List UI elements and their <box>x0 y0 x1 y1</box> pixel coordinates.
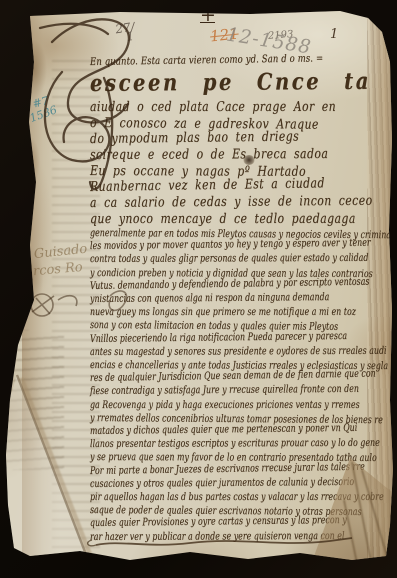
manuscript-line: nueva guey ms longas sin que primero se … <box>90 306 297 319</box>
manuscript-line: que ynoco mencaye d ce tedlo paedagaga <box>90 211 314 227</box>
manuscript-line: do ympodum plas bao ten driegs <box>90 128 314 147</box>
manuscript-line: quales quier Provisiones y oyre cartas y… <box>90 515 297 531</box>
manuscript-line: ynistancias con quenos alga ni respon da… <box>90 291 297 306</box>
pencil-fraction-note: 27/ 1 <box>115 23 137 44</box>
catalog-number: 2193 <box>268 29 294 42</box>
manuscript-line: aiudad o ced plata Cace prage Aor en <box>90 99 314 115</box>
manuscript-line: pir aquellos hagan las d bus partes cost… <box>90 491 297 504</box>
stacked-page-edges <box>367 10 397 568</box>
manuscript-line: a ca salario de cedas y isse de incon ce… <box>90 193 314 211</box>
manuscript-line: Ruanbernac vez ken de Est a ciudad <box>90 175 314 195</box>
cross-mark: + <box>200 4 216 23</box>
manuscript-line: esceen pe Cnce ta <box>90 67 328 99</box>
manuscript-line: matados y dichos quales quier que me per… <box>90 423 297 439</box>
manuscript-body: En quanto. Esta carta vieren como yd. Sa… <box>90 56 370 556</box>
manuscript-line: rar hazer ver y publicar a donde se yere… <box>90 530 297 544</box>
manuscript-line: fiese contradiga y satisfaga Jure y rrec… <box>90 384 297 399</box>
manuscript-line: les movidos y por mover quantos yo hey y… <box>90 238 297 254</box>
manuscript-line: Por mi parte a bonar Juezes de escrivano… <box>90 461 297 477</box>
manuscript-photo: En quanto. Esta carta vieren como yd. Sa… <box>0 0 397 578</box>
folio-number: 1 <box>330 27 338 42</box>
manuscript-line: cusaciones y otros quales quier jurament… <box>90 476 297 491</box>
manuscript-line: contra todas y quales gligr personas de … <box>90 253 297 267</box>
manuscript-line: llanos presentar testigos escriptos y es… <box>90 437 297 451</box>
verso-bleedthrough-lower <box>4 330 64 470</box>
manuscript-line: Vutus. demandando y defendiendo de palab… <box>90 277 297 293</box>
manuscript-line: Vnillos pieceriendo la riga notificacion… <box>90 330 297 346</box>
manuscript-page: En quanto. Esta carta vieren como yd. Sa… <box>0 0 397 578</box>
manuscript-line: antes su magestad y senores sus presiden… <box>90 345 297 359</box>
manuscript-line: scireque e eced o de Es breca sadoa <box>90 146 314 163</box>
manuscript-line: ga Recovenga y pida y haga execuciones p… <box>90 399 297 412</box>
